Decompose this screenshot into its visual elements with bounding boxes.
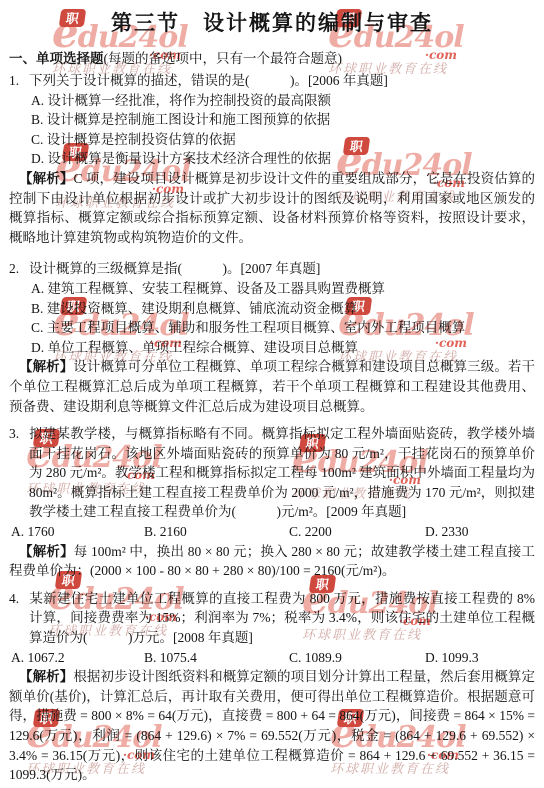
option-row: A. 1760B. 2160C. 2200D. 2330 [9, 522, 535, 542]
question-stem: 1.下列关于设计概算的描述，错误的是( )。[2006 年真题] [9, 71, 535, 91]
analysis: 【解析】C 项，建设项目设计概算是初步设计文件的重要组成部分，它是在投资估算的控… [9, 169, 535, 247]
option-c: C. 主要工程项目概算、辅助和服务性工程项目概算、室内外工程项目概算 [9, 318, 535, 338]
spacer [9, 416, 535, 424]
analysis: 【解析】根据初步设计图纸资料和概算定额的项目划分计算出工程量，然后套用概算定额单… [9, 667, 535, 785]
option-a: A. 1067.2 [11, 648, 144, 668]
option-d: D. 单位工程概算、单项工程综合概算、建设项目总概算 [9, 338, 535, 358]
option-a: A. 1760 [11, 522, 144, 542]
option-b: B. 设计概算是控制施工图设计和施工图预算的依据 [9, 110, 535, 130]
question-4: 4.某新建住宅土建单位工程概算的直接工程费为 800 万元，措施费按直接工程费的… [9, 589, 535, 785]
question-stem-text: 设计概算的三级概算是指( )。[2007 年真题] [29, 261, 320, 276]
question-2: 2.设计概算的三级概算是指( )。[2007 年真题] A. 建筑工程概算、安装… [9, 259, 535, 416]
option-a: A. 设计概算一经批准，将作为控制投资的最高限额 [9, 91, 535, 111]
option-b: B. 2160 [144, 522, 289, 542]
question-number: 2. [9, 259, 29, 279]
question-stem-text: 下列关于设计概算的描述，错误的是( )。[2006 年真题] [29, 73, 388, 88]
option-c: C. 设计概算是控制投资估算的依据 [9, 130, 535, 150]
option-d: D. 2330 [425, 522, 469, 542]
question-stem: 2.设计概算的三级概算是指( )。[2007 年真题] [9, 259, 535, 279]
option-b: B. 建设投资概算、建设期利息概算、铺底流动资金概算 [9, 299, 535, 319]
scanned-document-page: 职 edu24ol ·com 环球职业教育在线 第三节 设计概算的编制与审查 一… [0, 0, 544, 788]
question-stem-text: 某新建住宅土建单位工程概算的直接工程费为 800 万元，措施费按直接工程费的 8… [29, 591, 535, 645]
option-d: D. 设计概算是衡量设计方案技术经济合理性的依据 [9, 149, 535, 169]
analysis-label: 【解析】 [19, 669, 73, 684]
page-title: 第三节 设计概算的编制与审查 [9, 7, 535, 37]
analysis-label: 【解析】 [19, 359, 73, 374]
spacer [9, 247, 535, 259]
section-heading-note: (每题的备选项中，只有一个最符合题意) [104, 51, 343, 66]
analysis-text: 根据初步设计图纸资料和概算定额的项目划分计算出工程量，然后套用概算定额单价(基价… [9, 669, 535, 782]
option-c: C. 1089.9 [289, 648, 425, 668]
document-content: 第三节 设计概算的编制与审查 一、单项选择题(每题的备选项中，只有一个最符合题意… [0, 0, 544, 785]
question-3: 3.拟建某教学楼，与概算指标略有不同。概算指标拟定工程外墙面贴瓷砖，教学楼外墙面… [9, 424, 535, 581]
analysis-label: 【解析】 [19, 544, 74, 559]
analysis: 【解析】设计概算可分单位工程概算、单项工程综合概算和建设项目总概算三级。若干个单… [9, 357, 535, 416]
question-number: 4. [9, 589, 29, 609]
section-heading: 一、单项选择题(每题的备选项中，只有一个最符合题意) [9, 49, 535, 68]
question-stem-text: 拟建某教学楼，与概算指标略有不同。概算指标拟定工程外墙面贴瓷砖，教学楼外墙面干挂… [29, 426, 535, 519]
option-c: C. 2200 [289, 522, 425, 542]
question-number: 1. [9, 71, 29, 91]
option-d: D. 1099.3 [425, 648, 479, 668]
option-a: A. 建筑工程概算、安装工程概算、设备及工器具购置费概算 [9, 279, 535, 299]
question-stem: 3.拟建某教学楼，与概算指标略有不同。概算指标拟定工程外墙面贴瓷砖，教学楼外墙面… [9, 424, 535, 522]
analysis-text: 每 100m² 中，换出 80 × 80 元；换入 280 × 80 元；故建教… [9, 544, 535, 579]
analysis-text: 设计概算可分单位工程概算、单项工程综合概算和建设项目总概算三级。若干个单位工程概… [9, 359, 535, 413]
section-heading-label: 一、单项选择题 [9, 51, 104, 66]
option-b: B. 1075.4 [144, 648, 289, 668]
question-1: 1.下列关于设计概算的描述，错误的是( )。[2006 年真题] A. 设计概算… [9, 71, 535, 247]
analysis: 【解析】每 100m² 中，换出 80 × 80 元；换入 280 × 80 元… [9, 542, 535, 581]
analysis-label: 【解析】 [19, 171, 73, 186]
analysis-text: C 项，建设项目设计概算是初步设计文件的重要组成部分，它是在投资估算的控制下由设… [9, 171, 535, 245]
question-stem: 4.某新建住宅土建单位工程概算的直接工程费为 800 万元，措施费按直接工程费的… [9, 589, 535, 648]
option-row: A. 1067.2B. 1075.4C. 1089.9D. 1099.3 [9, 648, 535, 668]
spacer [9, 581, 535, 589]
question-number: 3. [9, 424, 29, 444]
